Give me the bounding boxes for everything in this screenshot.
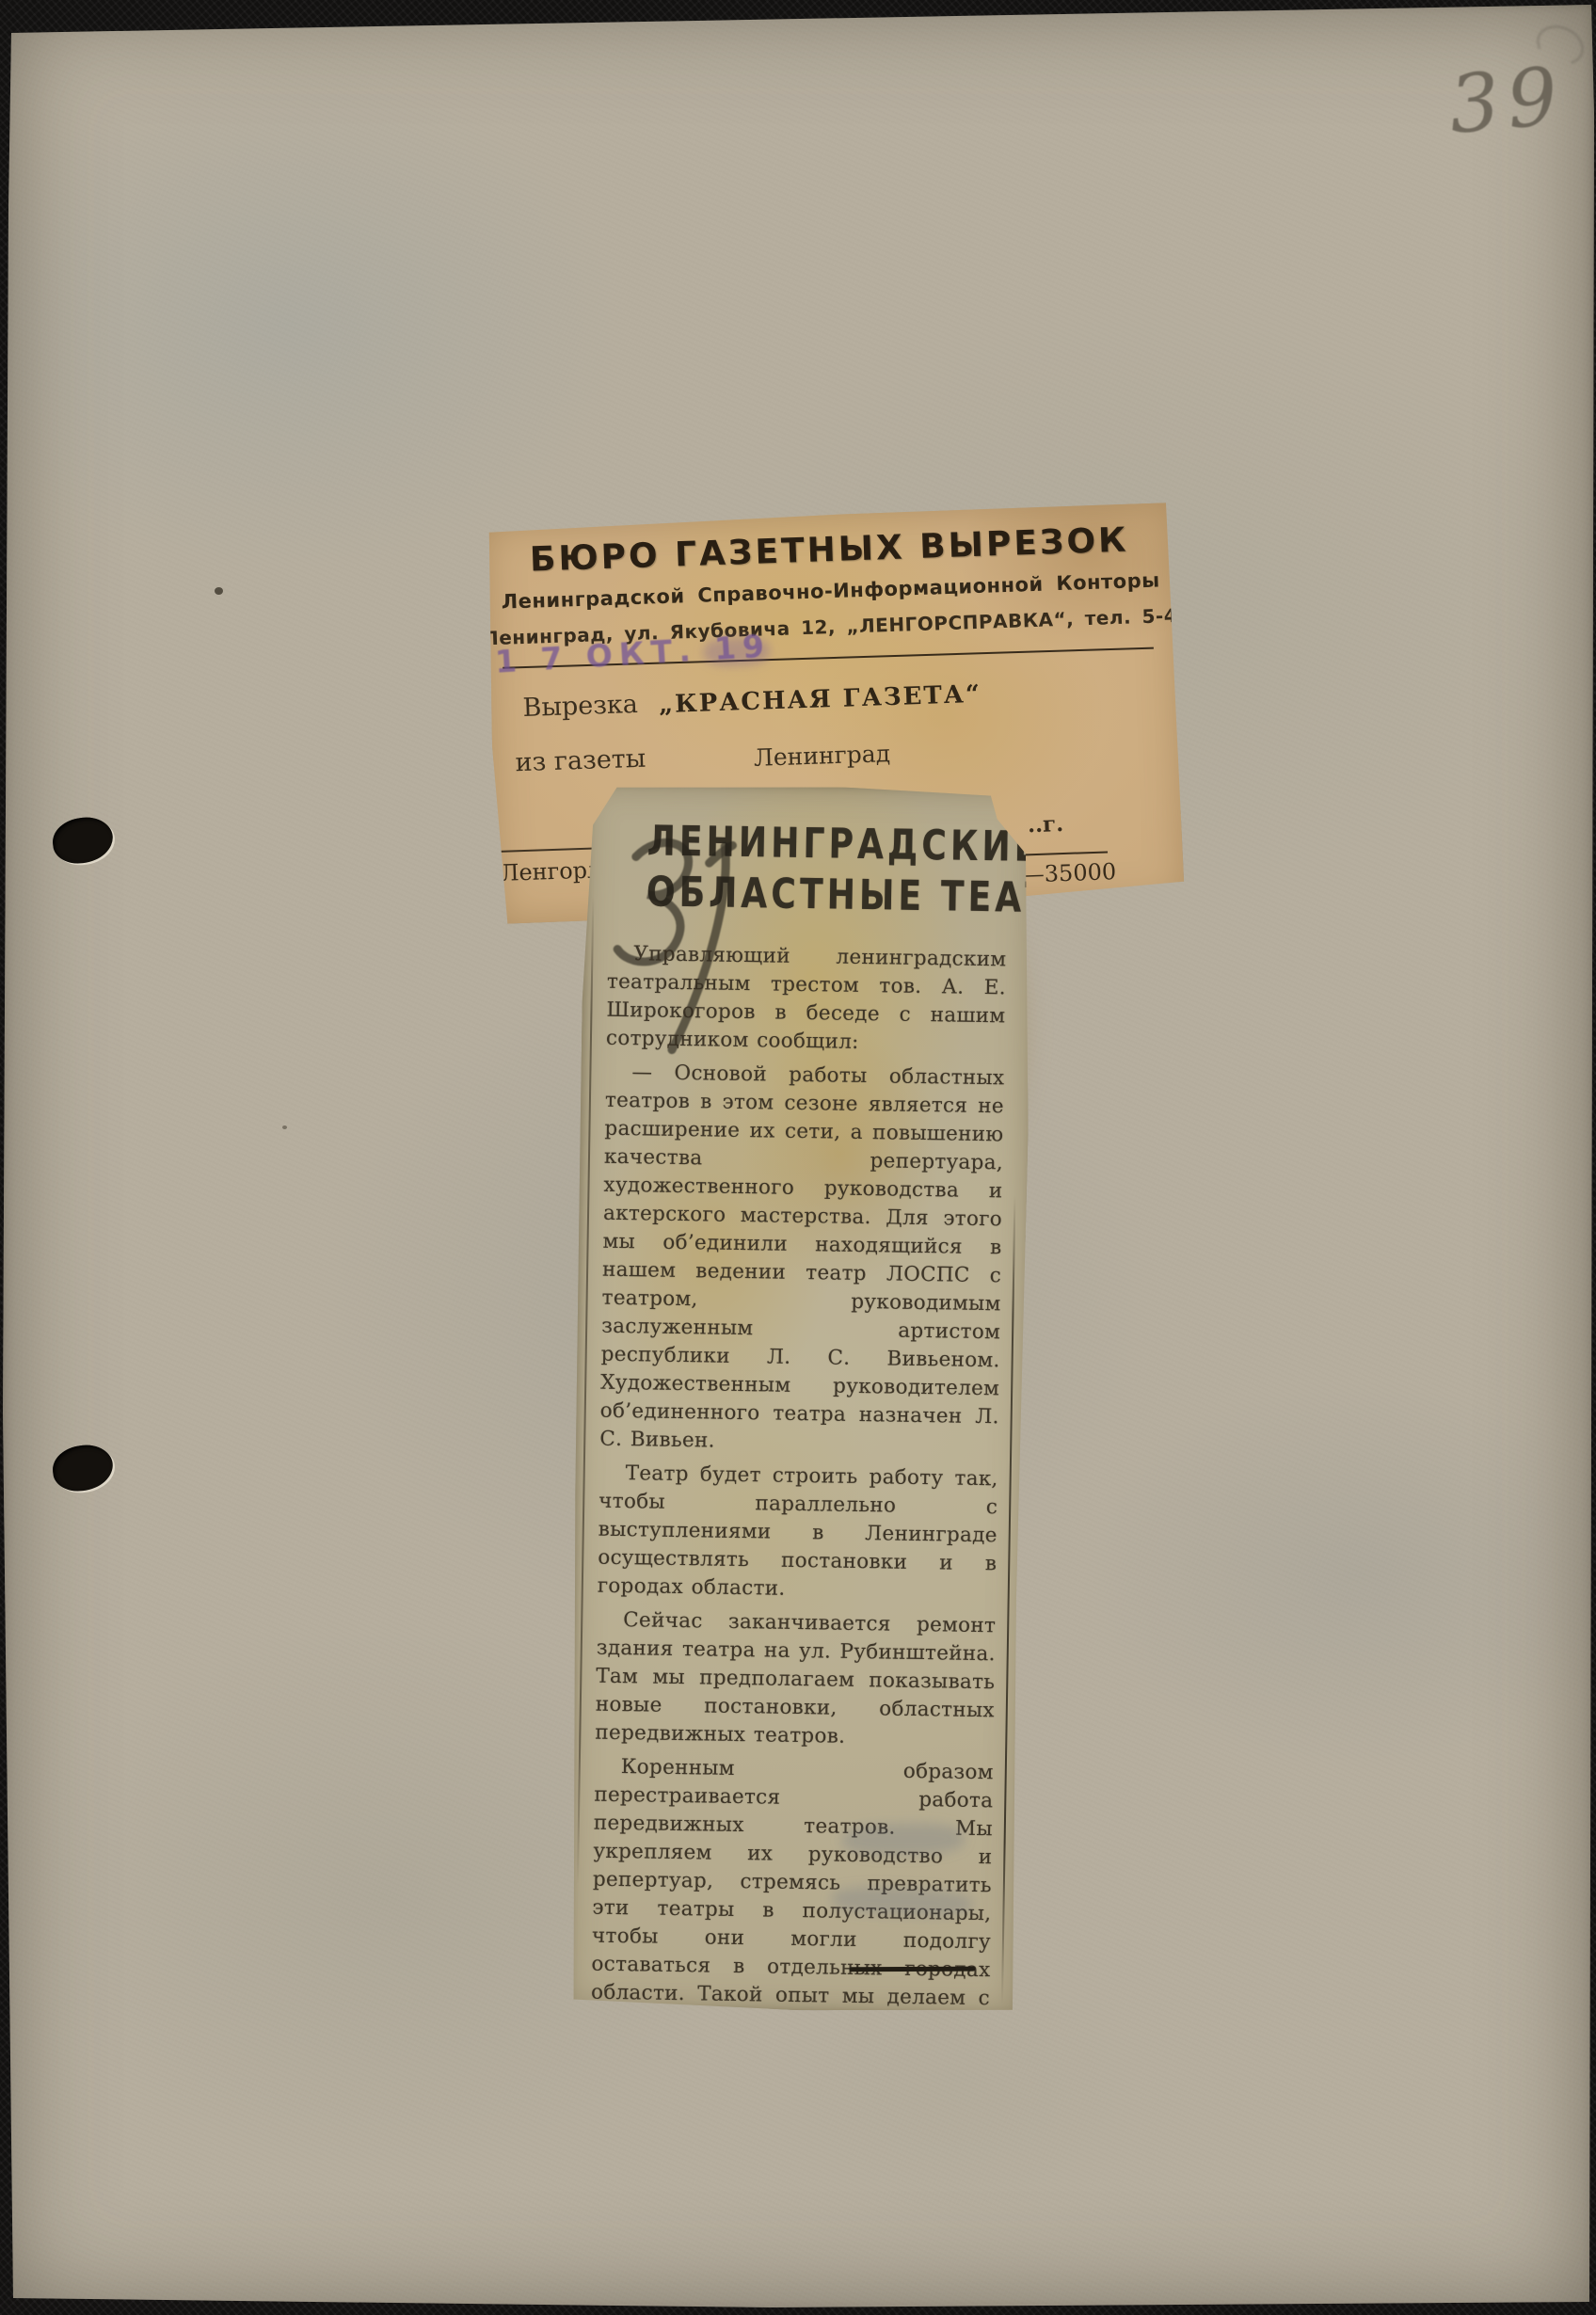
paper-speck — [282, 1126, 287, 1129]
article-end-rule — [849, 1967, 975, 1972]
year-fragment: ..г. — [1028, 811, 1064, 838]
print-run-rule — [1023, 851, 1108, 855]
field-label-cutting: Вырезка — [522, 690, 638, 723]
newspaper-clipping: ЛЕНИНГРАДСКИЕ ОБЛАСТНЫЕ ТЕАТРЫ Управляющ… — [567, 783, 1033, 2013]
scanned-archive-page: 39 БЮРО ГАЗЕТНЫХ ВЫРЕЗОК Ленинградской С… — [0, 0, 1596, 2315]
newspaper-city: Ленинград — [633, 736, 1011, 775]
column-rule-right — [1001, 1195, 1016, 2004]
ink-offset-smudge — [841, 1823, 965, 1857]
page-number-pencil: 39 — [1445, 50, 1569, 152]
print-run: —35000 — [1021, 858, 1116, 887]
clipping-paragraph: — Основой работы областных театров в это… — [599, 1059, 1005, 1461]
clipping-paragraph: Театр будет строить работу так, чтобы па… — [598, 1460, 998, 1607]
date-stamp-smudge — [703, 636, 770, 666]
newspaper-name: „КРАСНАЯ ГАЗЕТА“ — [631, 679, 1009, 720]
paper-speck — [215, 587, 223, 595]
clipping-paragraph: Управляющий ленинградским театральным тр… — [606, 940, 1007, 1060]
field-label-from-newspaper: из газеты — [515, 744, 646, 778]
clipping-paragraph: Сейчас заканчивается ремонт здания театр… — [595, 1606, 996, 1754]
